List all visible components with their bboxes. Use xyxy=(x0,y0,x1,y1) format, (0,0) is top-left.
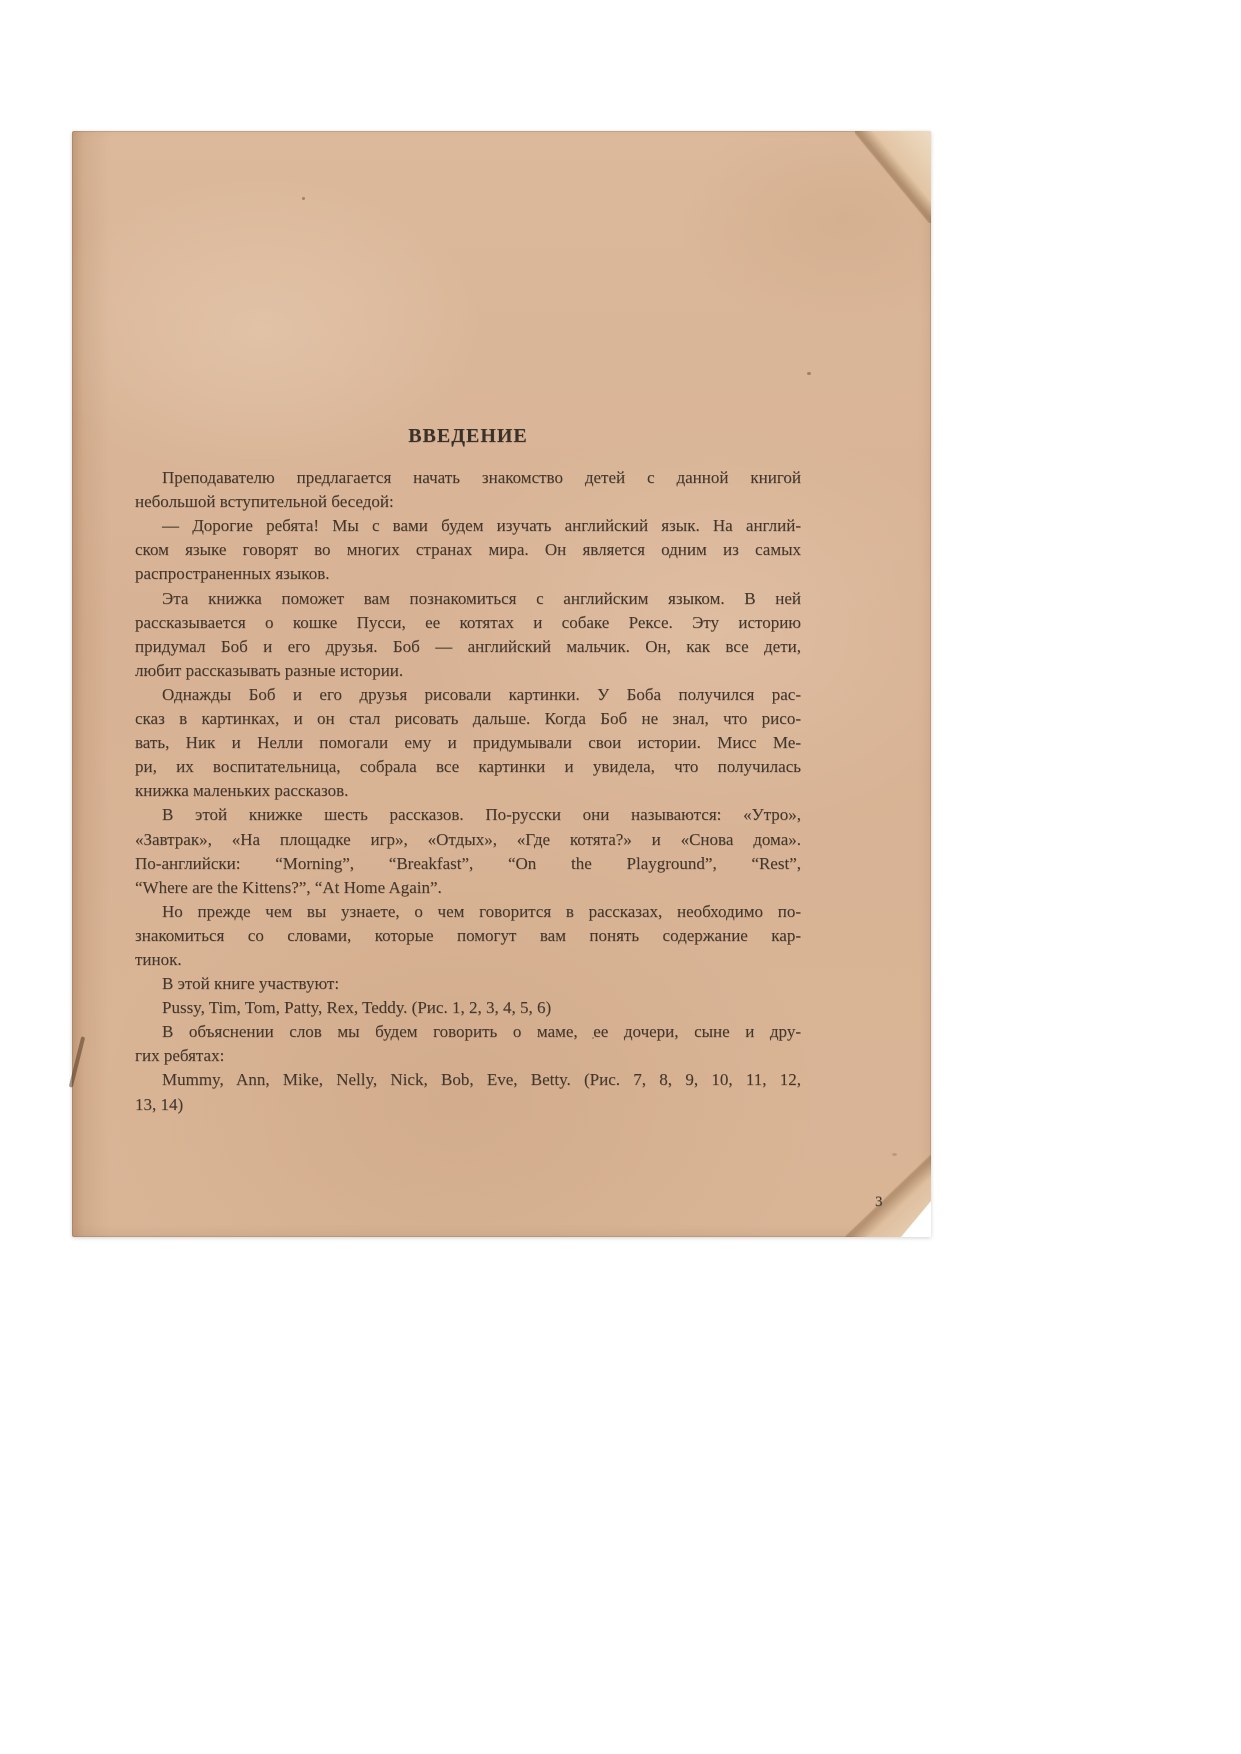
paragraph: — Дорогие ребята! Мы с вами будем изучат… xyxy=(135,514,801,586)
text-line: ском языке говорят во многих странах мир… xyxy=(135,538,801,562)
paragraph: В объяснении слов мы будем говорить о ма… xyxy=(135,1020,801,1068)
left-edge-tear xyxy=(69,1036,85,1087)
text-line: сказ в картинках, и он стал рисовать дал… xyxy=(135,707,801,731)
text-line: ри, их воспитательница, собрала все карт… xyxy=(135,755,801,779)
paper-speck xyxy=(302,197,305,200)
text-line: любит рассказывать разные истории. xyxy=(135,659,801,683)
text-line: распространенных языков. xyxy=(135,562,801,586)
paragraph: В этой книге участвуют: xyxy=(135,972,801,996)
paper-speck xyxy=(892,1153,897,1156)
text-line: — Дорогие ребята! Мы с вами будем изучат… xyxy=(135,514,801,538)
book-page: ВВЕДЕНИЕ Преподавателю предлагается нача… xyxy=(72,131,931,1237)
text-line: книжка маленьких рассказов. xyxy=(135,779,801,803)
text-line: вать, Ник и Нелли помогали ему и придумы… xyxy=(135,731,801,755)
text-line: По-английски: “Morning”, “Breakfast”, “O… xyxy=(135,852,801,876)
page-title: ВВЕДЕНИЕ xyxy=(135,424,801,448)
text-line: 13, 14) xyxy=(135,1093,801,1117)
paragraph: Эта книжка поможет вам познакомиться с а… xyxy=(135,587,801,683)
paragraph: Однажды Боб и его друзья рисовали картин… xyxy=(135,683,801,803)
text-line: Однажды Боб и его друзья рисовали картин… xyxy=(135,683,801,707)
text-line: В этой книжке шесть рассказов. По-русски… xyxy=(135,803,801,827)
corner-fold-top-right xyxy=(855,131,931,223)
text-line: Эта книжка поможет вам познакомиться с а… xyxy=(135,587,801,611)
paragraph: Pussy, Tim, Tom, Patty, Rex, Teddy. (Рис… xyxy=(135,996,801,1020)
paragraph: Mummy, Ann, Mike, Nelly, Nick, Bob, Eve,… xyxy=(135,1068,801,1116)
text-line: знакомиться со словами, которые помогут … xyxy=(135,924,801,948)
paper-speck xyxy=(807,372,811,375)
text-line: тинок. xyxy=(135,948,801,972)
text-line: Mummy, Ann, Mike, Nelly, Nick, Bob, Eve,… xyxy=(135,1068,801,1092)
text-line: Преподавателю предлагается начать знаком… xyxy=(135,466,801,490)
page-number: 3 xyxy=(875,1194,883,1211)
text-line: Но прежде чем вы узнаете, о чем говоритс… xyxy=(135,900,801,924)
paragraph: Преподавателю предлагается начать знаком… xyxy=(135,466,801,514)
text-line: рассказывается о кошке Пусси, ее котятах… xyxy=(135,611,801,635)
text-line: «Завтрак», «На площадке игр», «Отдых», «… xyxy=(135,828,801,852)
text-line: гих ребятах: xyxy=(135,1044,801,1068)
text-line: Pussy, Tim, Tom, Patty, Rex, Teddy. (Рис… xyxy=(135,996,801,1020)
text-line: “Where are the Kittens?”, “At Home Again… xyxy=(135,876,801,900)
paragraph: В этой книжке шесть рассказов. По-русски… xyxy=(135,803,801,899)
text-line: В этой книге участвуют: xyxy=(135,972,801,996)
text-line: небольшой вступительной беседой: xyxy=(135,490,801,514)
paragraph: Но прежде чем вы узнаете, о чем говоритс… xyxy=(135,900,801,972)
text-line: придумал Боб и его друзья. Боб — английс… xyxy=(135,635,801,659)
body-text: Преподавателю предлагается начать знаком… xyxy=(135,466,801,1117)
page-text-block: ВВЕДЕНИЕ Преподавателю предлагается нача… xyxy=(135,424,801,1117)
text-line: В объяснении слов мы будем говорить о ма… xyxy=(135,1020,801,1044)
